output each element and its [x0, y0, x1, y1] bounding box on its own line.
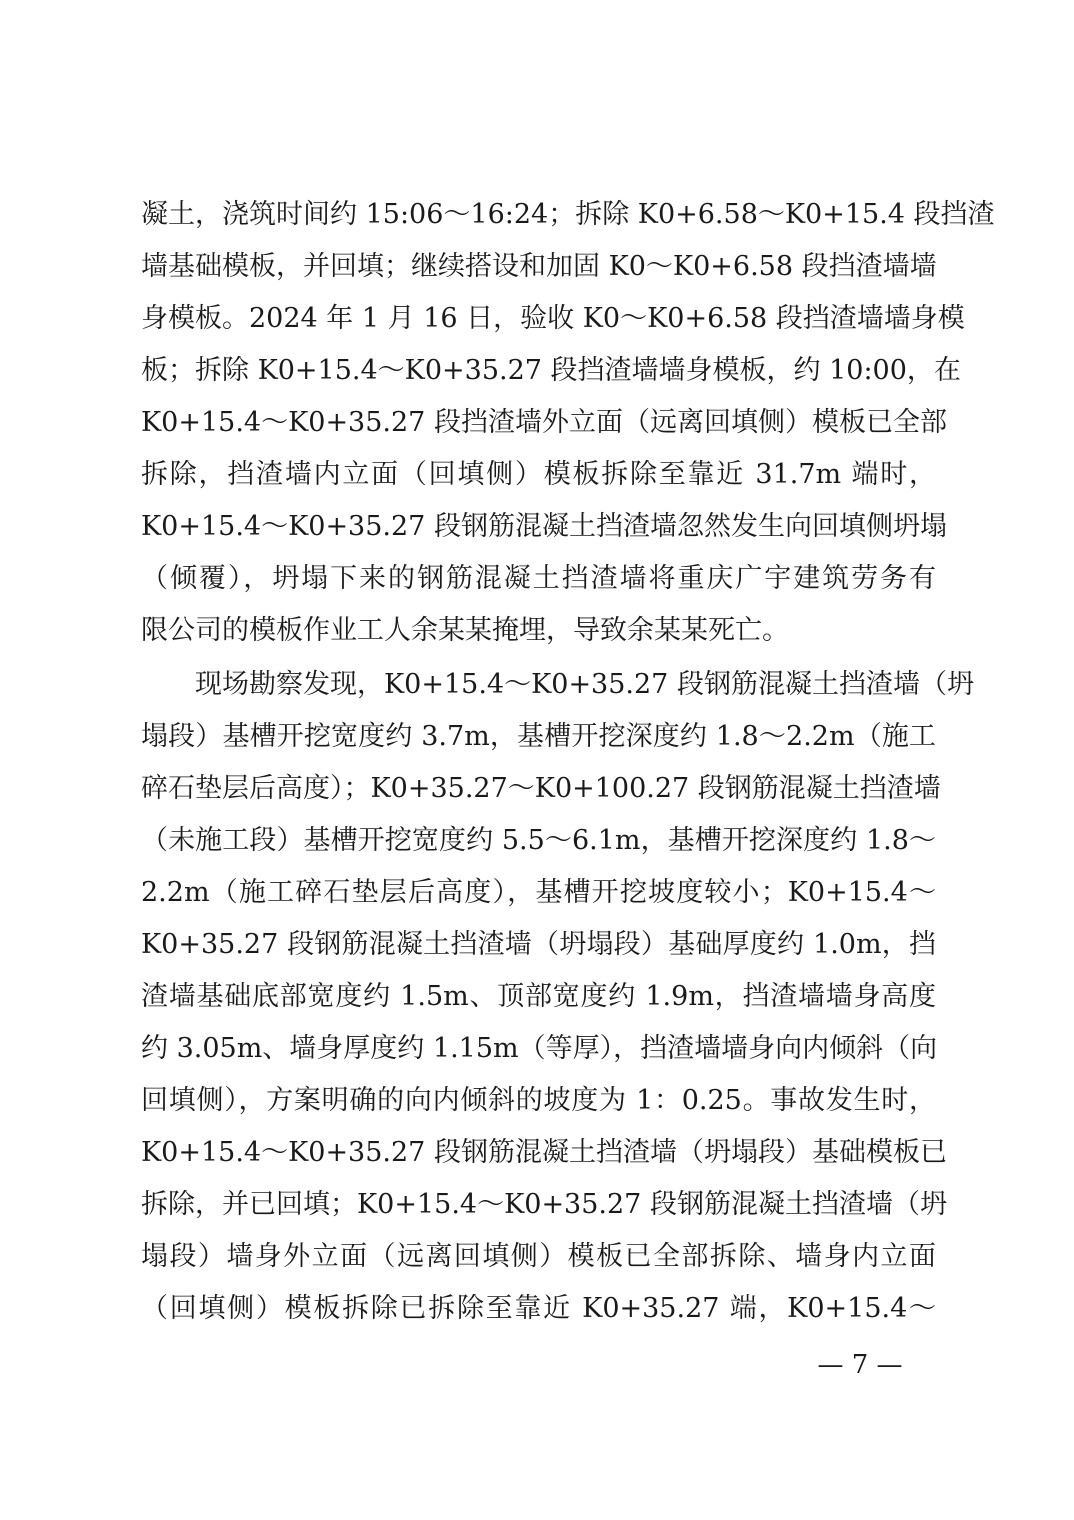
text-line: 塌段）墙身外立面（远离回填侧）模板已全部拆除、墙身内立面: [141, 1237, 936, 1277]
text-line: （未施工段）基槽开挖宽度约 5.5～6.1m，基槽开挖深度约 1.8～: [141, 821, 936, 861]
text-line: K0+15.4～K0+35.27 段钢筋混凝土挡渣墙（坍塌段）基础模板已: [141, 1133, 936, 1173]
text-line: K0+15.4～K0+35.27 段挡渣墙外立面（远离回填侧）模板已全部: [141, 403, 936, 443]
text-line: 约 3.05m、墙身厚度约 1.15m（等厚），挡渣墙墙身向内倾斜（向: [141, 1029, 936, 1069]
text-line: 2.2m（施工碎石垫层后高度），基槽开挖坡度较小；K0+15.4～: [141, 873, 936, 913]
document-page: 凝土，浇筑时间约 15:06～16:24；拆除 K0+6.58～K0+15.4 …: [0, 0, 1074, 1520]
text-line: 渣墙基础底部宽度约 1.5m、顶部宽度约 1.9m，挡渣墙墙身高度: [141, 977, 936, 1017]
text-line: （倾覆），坍塌下来的钢筋混凝土挡渣墙将重庆广宇建筑劳务有: [141, 559, 936, 599]
text-line: 碎石垫层后高度）；K0+35.27～K0+100.27 段钢筋混凝土挡渣墙: [141, 769, 936, 809]
text-line: 限公司的模板作业工人余某某掩埋，导致余某某死亡。: [141, 611, 936, 651]
text-line: K0+35.27 段钢筋混凝土挡渣墙（坍塌段）基础厚度约 1.0m，挡: [141, 925, 936, 965]
text-line: 身模板。2024 年 1 月 16 日，验收 K0～K0+6.58 段挡渣墙墙身…: [141, 299, 936, 339]
text-line: 回填侧），方案明确的向内倾斜的坡度为 1：0.25。事故发生时，: [141, 1081, 936, 1121]
text-line: 墙基础模板，并回填；继续搭设和加固 K0～K0+6.58 段挡渣墙墙: [141, 247, 936, 287]
text-line: 塌段）基槽开挖宽度约 3.7m，基槽开挖深度约 1.8～2.2m（施工: [141, 717, 936, 757]
text-line: 板；拆除 K0+15.4～K0+35.27 段挡渣墙墙身模板，约 10:00，在: [141, 351, 936, 391]
text-line: 拆除，挡渣墙内立面（回填侧）模板拆除至靠近 31.7m 端时，: [141, 455, 936, 495]
page-number: — 7 —: [800, 1347, 920, 1383]
text-line: 拆除，并已回填；K0+15.4～K0+35.27 段钢筋混凝土挡渣墙（坍: [141, 1185, 936, 1225]
text-line: 现场勘察发现，K0+15.4～K0+35.27 段钢筋混凝土挡渣墙（坍: [195, 665, 936, 705]
text-line: 凝土，浇筑时间约 15:06～16:24；拆除 K0+6.58～K0+15.4 …: [141, 195, 936, 235]
text-line: （回填侧）模板拆除已拆除至靠近 K0+35.27 端，K0+15.4～: [141, 1289, 936, 1329]
text-line: K0+15.4～K0+35.27 段钢筋混凝土挡渣墙忽然发生向回填侧坍塌: [141, 507, 936, 547]
